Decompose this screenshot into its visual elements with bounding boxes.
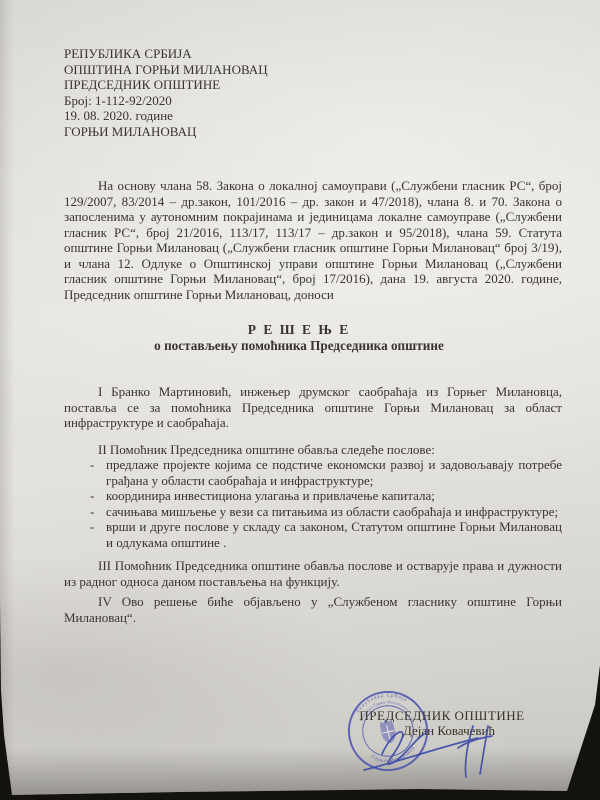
dash-marker: - (90, 519, 94, 535)
paper-sheet: РЕПУБЛИКА СРБИЈА ОПШТИНА ГОРЊИ МИЛАНОВАЦ… (0, 0, 600, 800)
list-item: - сачињава мишљење у вези са питањима из… (64, 504, 562, 520)
section-4-paragraph: IV Ово решење биће објављено у „Службено… (64, 594, 562, 625)
section-1-paragraph: I Бранко Мартиновић, инжењер друмског са… (64, 384, 562, 431)
list-item-text: сачињава мишљење у вези са питањима из о… (106, 504, 558, 519)
duties-list: - предлаже пројекте којима се подстиче е… (64, 457, 562, 550)
list-item: - предлаже пројекте којима се подстиче е… (64, 457, 562, 488)
header-line-country: РЕПУБЛИКА СРБИЈА (64, 46, 562, 62)
header-line-city: ГОРЊИ МИЛАНОВАЦ (64, 124, 562, 140)
letterhead: РЕПУБЛИКА СРБИЈА ОПШТИНА ГОРЊИ МИЛАНОВАЦ… (64, 46, 562, 139)
dash-marker: - (90, 488, 94, 504)
dash-marker: - (90, 504, 94, 520)
preamble-paragraph: На основу члана 58. Закона о локалној са… (64, 178, 562, 302)
list-item-text: врши и друге послове у складу са законом… (106, 519, 562, 550)
header-line-number: Број: 1-112-92/2020 (64, 93, 562, 109)
header-line-municipality: ОПШТИНА ГОРЊИ МИЛАНОВАЦ (64, 62, 562, 78)
list-item-text: координира инвестициона улагања и привла… (106, 488, 435, 503)
handwritten-signature (352, 714, 517, 782)
dash-marker: - (90, 457, 94, 473)
header-line-office: ПРЕДСЕДНИК ОПШТИНЕ (64, 77, 562, 93)
list-item: - координира инвестициона улагања и прив… (64, 488, 562, 504)
decision-title: Р Е Ш Е Њ Е (50, 322, 548, 338)
decision-subtitle: о постављењу помоћника Председника општи… (50, 338, 548, 354)
list-item-text: предлаже пројекте којима се подстиче еко… (106, 457, 562, 488)
header-line-date: 19. 08. 2020. године (64, 108, 562, 124)
section-2-intro: II Помоћник Председника општине обавља с… (64, 442, 562, 458)
section-3-paragraph: III Помоћник Председника општине обавља … (64, 558, 562, 589)
decision-title-block: Р Е Ш Е Њ Е о постављењу помоћника Предс… (50, 322, 548, 354)
document-page: РЕПУБЛИКА СРБИЈА ОПШТИНА ГОРЊИ МИЛАНОВАЦ… (0, 0, 600, 800)
list-item: - врши и друге послове у складу са закон… (64, 519, 562, 550)
